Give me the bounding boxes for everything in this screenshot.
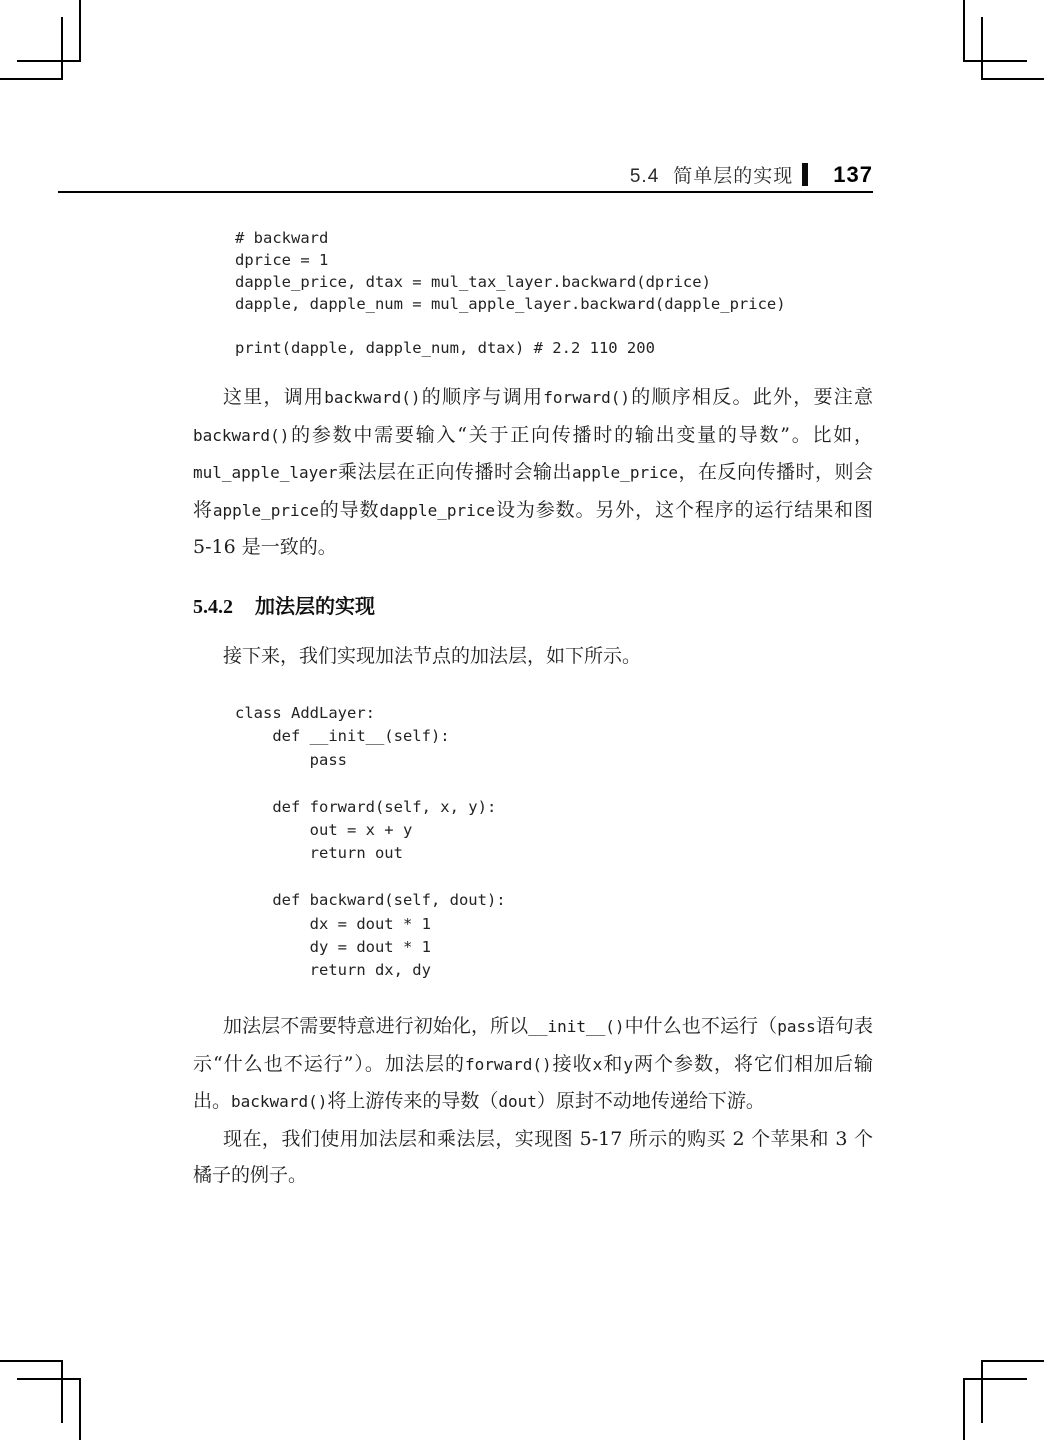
inline-code: apple_price: [572, 463, 678, 482]
running-head-section-number: 5.4: [630, 166, 659, 187]
text-run: 乘法层在正向传播时会输出: [338, 461, 573, 483]
text-run: 接下来，我们实现加法节点的加法层，如下所示。: [223, 645, 641, 667]
text-run: 的导数: [319, 499, 380, 521]
book-page: 5.4简单层的实现 137 # backward dprice = 1 dapp…: [0, 0, 1044, 1440]
inline-code: backward(): [324, 388, 420, 407]
inline-code: y: [623, 1055, 633, 1074]
inline-code: apple_price: [213, 501, 319, 520]
paragraph-addlayer-explanation: 加法层不需要特意进行初始化，所以__init__()中什么也不运行（pass语句…: [193, 1008, 873, 1121]
inline-code: backward(): [231, 1092, 327, 1111]
paragraph-next-example: 现在，我们使用加法层和乘法层，实现图 5-17 所示的购买 2 个苹果和 3 个…: [193, 1121, 873, 1194]
inline-code: x: [593, 1055, 603, 1074]
text-run: 的顺序与调用: [421, 386, 544, 408]
section-heading-title: 加法层的实现: [255, 596, 375, 618]
header-divider-bar: [802, 163, 808, 186]
inline-code: __init__(): [528, 1017, 624, 1036]
inline-code: mul_apple_layer: [193, 463, 338, 482]
text-run: 和: [602, 1053, 623, 1075]
section-heading-number: 5.4.2: [193, 596, 233, 618]
section-heading: 5.4.2加法层的实现: [193, 590, 375, 619]
text-run: 的顺序相反。此外，要注意: [630, 386, 873, 408]
text-run: 接收: [552, 1053, 593, 1075]
inline-code: forward(): [465, 1055, 552, 1074]
page-number: 137: [833, 162, 873, 188]
paragraph-backward-explanation: 这里，调用backward()的顺序与调用forward()的顺序相反。此外，要…: [193, 379, 873, 566]
running-head: 5.4简单层的实现: [630, 161, 793, 188]
text-run: 的参数中需要输入“关于正向传播时的输出变量的导数”。比如，: [289, 424, 873, 446]
running-head-section-title: 简单层的实现: [673, 166, 793, 187]
inline-code: backward(): [193, 426, 289, 445]
text-run: 现在，我们使用加法层和乘法层，实现图 5-17 所示的购买 2 个苹果和 3 个…: [193, 1128, 873, 1187]
inline-code: pass: [777, 1017, 816, 1036]
text-run: 中什么也不运行（: [625, 1015, 778, 1037]
text-run: ）原封不动地传递给下游。: [537, 1090, 765, 1112]
text-run: 将上游传来的导数（: [327, 1090, 498, 1112]
inline-code: forward(): [543, 388, 630, 407]
paragraph-addlayer-intro: 接下来，我们实现加法节点的加法层，如下所示。: [193, 638, 873, 675]
closing-paragraphs: 加法层不需要特意进行初始化，所以__init__()中什么也不运行（pass语句…: [193, 1008, 873, 1194]
inline-code: dapple_price: [379, 501, 495, 520]
code-block-backward: # backward dprice = 1 dapple_price, dtax…: [193, 227, 786, 359]
text-run: 这里，调用: [223, 386, 324, 408]
text-run: 加法层不需要特意进行初始化，所以: [223, 1015, 528, 1037]
code-block-addlayer: class AddLayer: def __init__(self): pass…: [193, 702, 506, 983]
inline-code: dout: [498, 1092, 537, 1111]
page-header: 5.4简单层的实现 137: [58, 160, 873, 193]
